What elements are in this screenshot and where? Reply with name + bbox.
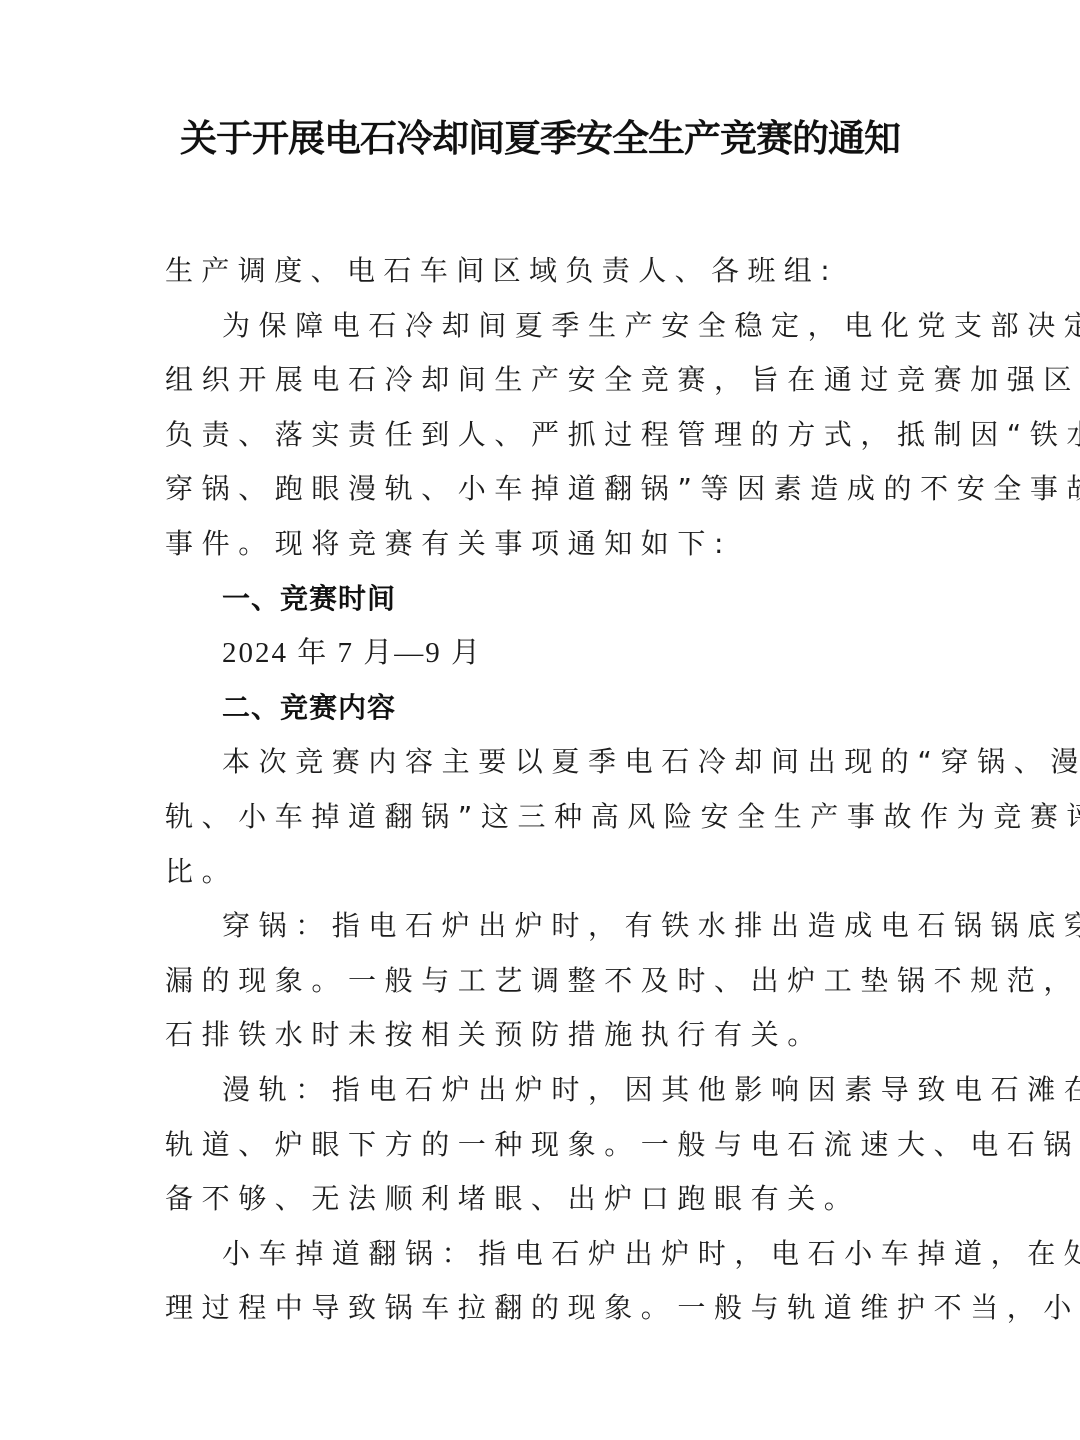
paragraph-line: 漏的现象。一般与工艺调整不及时、出炉工垫锅不规范，电 xyxy=(165,954,917,1009)
paragraph-line: 轨、小车掉道翻锅”这三种高风险安全生产事故作为竞赛评 xyxy=(165,790,917,845)
paragraph-line: 轨道、炉眼下方的一种现象。一般与电石流速大、电石锅准 xyxy=(165,1118,917,1173)
paragraph-line: 本次竞赛内容主要以夏季电石冷却间出现的“穿锅、漫 xyxy=(165,735,917,790)
section-content: 二、竞赛内容 本次竞赛内容主要以夏季电石冷却间出现的“穿锅、漫 轨、小车掉道翻锅… xyxy=(165,681,917,1336)
paragraph-line: 穿锅、跑眼漫轨、小车掉道翻锅”等因素造成的不安全事故 xyxy=(165,462,917,517)
paragraph-line: 组织开展电石冷却间生产安全竞赛，旨在通过竞赛加强区域 xyxy=(165,353,917,408)
content-overview-paragraph: 本次竞赛内容主要以夏季电石冷却间出现的“穿锅、漫 轨、小车掉道翻锅”这三种高风险… xyxy=(165,735,917,899)
paragraph-line: 漫轨：指电石炉出炉时，因其他影响因素导致电石滩在 xyxy=(165,1063,917,1118)
paragraph-line: 事件。现将竞赛有关事项通知如下: xyxy=(165,517,917,572)
section-time: 一、竞赛时间 2024 年 7 月—9 月 xyxy=(165,572,917,681)
section-heading: 二、竞赛内容 xyxy=(165,681,917,736)
paragraph-line: 石排铁水时未按相关预防措施执行有关。 xyxy=(165,1008,917,1063)
definition-xiaoche-paragraph: 小车掉道翻锅：指电石炉出炉时，电石小车掉道，在处 理过程中导致锅车拉翻的现象。一… xyxy=(165,1227,917,1336)
section-heading: 一、竞赛时间 xyxy=(165,572,917,627)
document-body: 生产调度、电石车间区域负责人、各班组: 为保障电石冷却间夏季生产安全稳定，电化党… xyxy=(165,244,917,1336)
paragraph-line: 小车掉道翻锅：指电石炉出炉时，电石小车掉道，在处 xyxy=(165,1227,917,1282)
competition-dates: 2024 年 7 月—9 月 xyxy=(165,626,917,681)
document-title: 关于开展电石冷却间夏季安全生产竞赛的通知 xyxy=(0,112,1080,164)
paragraph-line: 为保障电石冷却间夏季生产安全稳定，电化党支部决定 xyxy=(165,299,917,354)
document-page: 关于开展电石冷却间夏季安全生产竞赛的通知 生产调度、电石车间区域负责人、各班组:… xyxy=(0,0,1080,1440)
paragraph-line: 备不够、无法顺利堵眼、出炉口跑眼有关。 xyxy=(165,1172,917,1227)
definition-mangui-paragraph: 漫轨：指电石炉出炉时，因其他影响因素导致电石滩在 轨道、炉眼下方的一种现象。一般… xyxy=(165,1063,917,1227)
paragraph-line: 理过程中导致锅车拉翻的现象。一般与轨道维护不当，小车 xyxy=(165,1281,917,1336)
definition-chuanguo-paragraph: 穿锅：指电石炉出炉时，有铁水排出造成电石锅锅底穿 漏的现象。一般与工艺调整不及时… xyxy=(165,899,917,1063)
addressee-line: 生产调度、电石车间区域负责人、各班组: xyxy=(165,244,917,299)
paragraph-line: 负责、落实责任到人、严抓过程管理的方式，抵制因“铁水 xyxy=(165,408,917,463)
paragraph-line: 穿锅：指电石炉出炉时，有铁水排出造成电石锅锅底穿 xyxy=(165,899,917,954)
paragraph-line: 比。 xyxy=(165,845,917,900)
intro-paragraph: 为保障电石冷却间夏季生产安全稳定，电化党支部决定 组织开展电石冷却间生产安全竞赛… xyxy=(165,299,917,572)
